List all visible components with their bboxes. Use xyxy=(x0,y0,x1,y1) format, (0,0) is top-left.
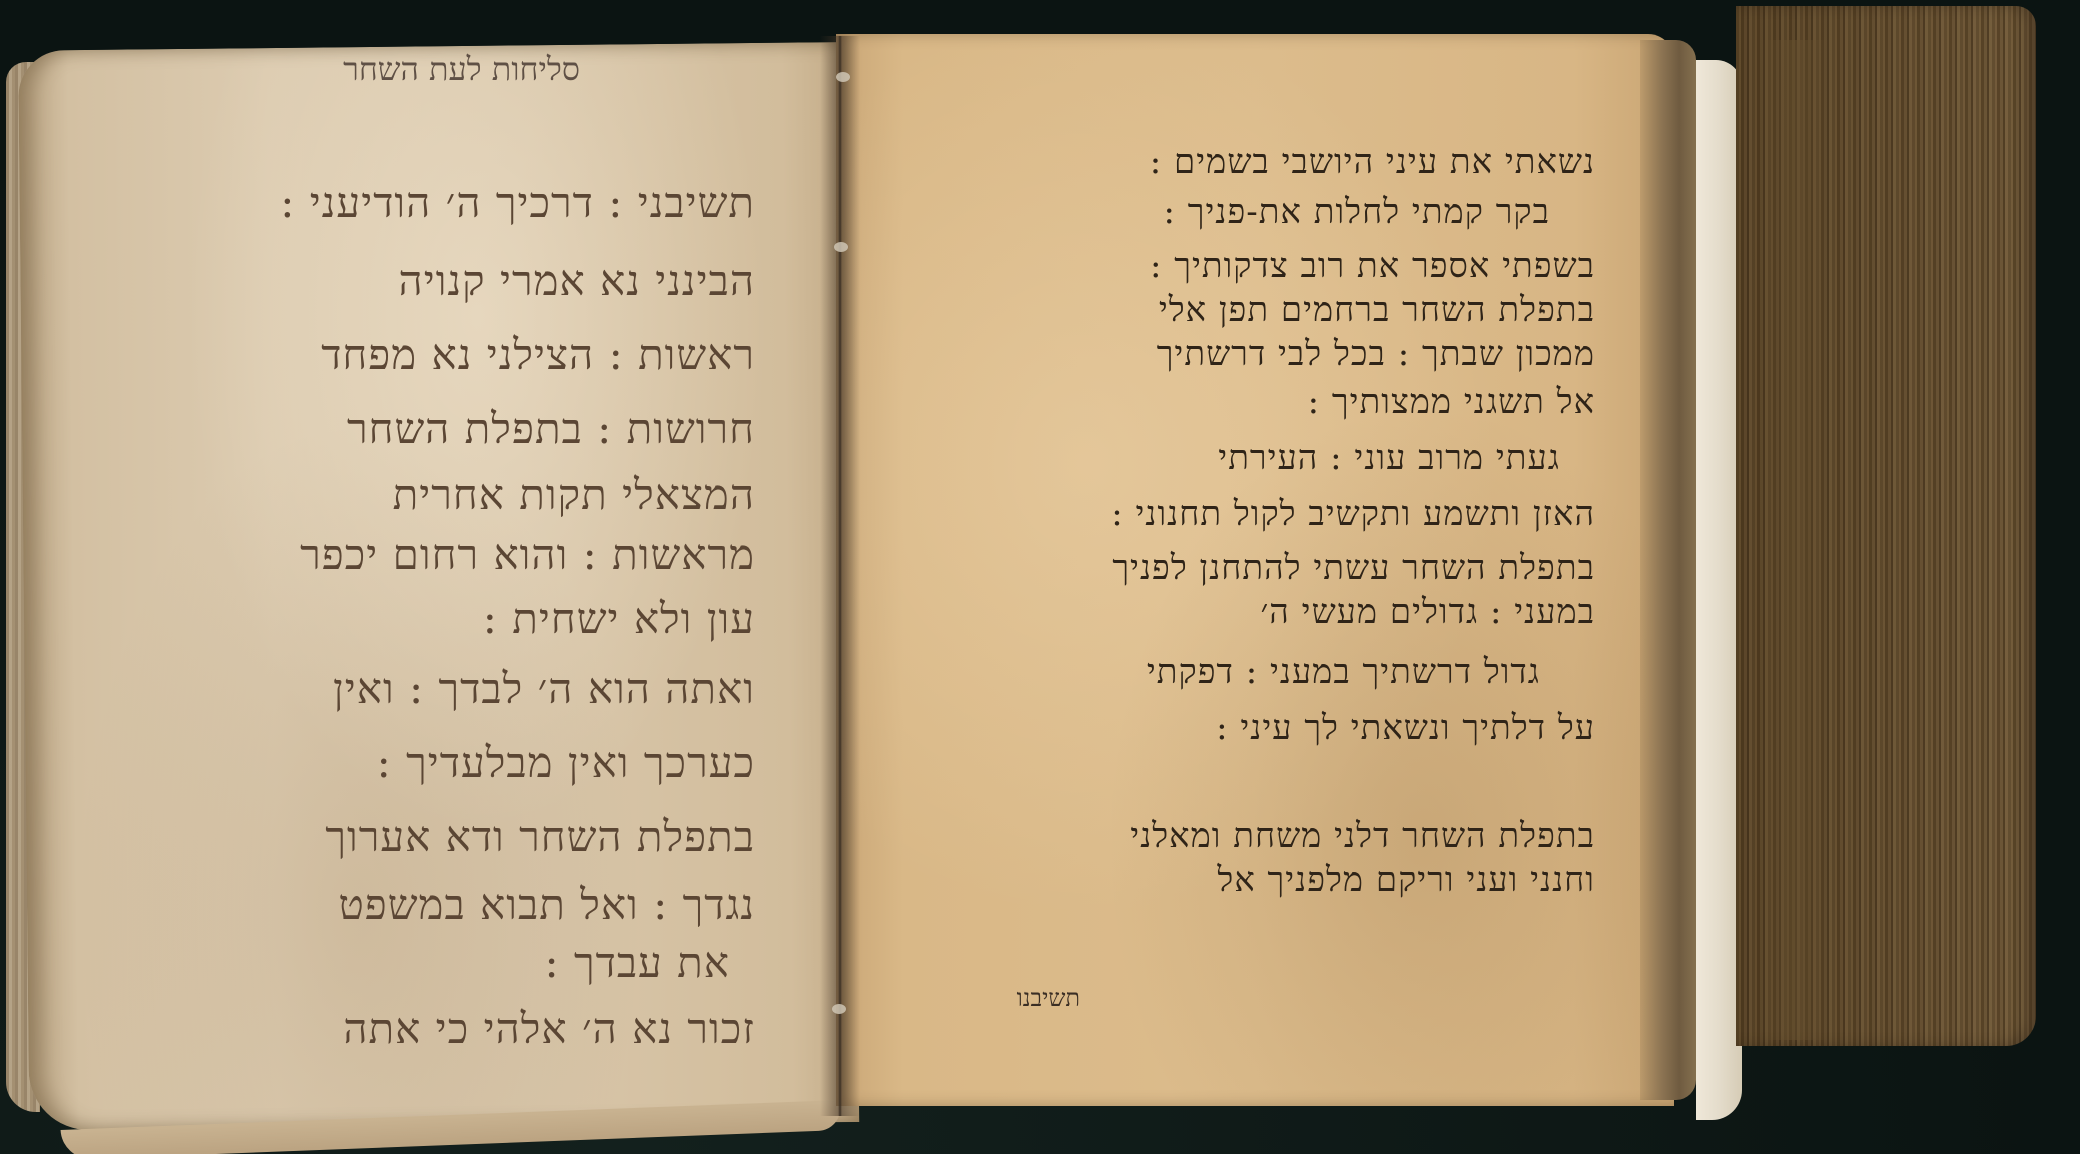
page-header-title: סליחות לעת השחר xyxy=(343,50,580,88)
manuscript-line: גדול דרשתיך במעני : דפקתי xyxy=(1147,652,1540,692)
manuscript-line: בשפתי אספר את רוב צדקותיך : xyxy=(1150,246,1595,286)
manuscript-line: ראשות : הצילני נא מפחד xyxy=(321,330,755,380)
manuscript-line: נשאתי את עיני היושבי בשמים : xyxy=(1150,142,1595,182)
fore-edge-shadow xyxy=(1760,40,1830,1040)
right-page-margin-stain xyxy=(1640,40,1696,1100)
manuscript-line: את עבדך : xyxy=(544,938,730,988)
manuscript-line: בקר קמתי לחלות את-פניך : xyxy=(1164,192,1550,232)
manuscript-line: במעני : גדולים מעשי ה׳ xyxy=(1260,592,1595,632)
binding-stitch xyxy=(836,72,850,82)
manuscript-line: בתפלת השחר ברחמים תפן אלי xyxy=(1159,290,1595,330)
manuscript-line: בתפלת השחר עשתי להתחנן לפניך xyxy=(1112,548,1595,588)
manuscript-line: על דלתיך ונשאתי לך עיני : xyxy=(1216,708,1595,748)
manuscript-line: בתפלת השחר ודא אערוך xyxy=(325,812,755,862)
manuscript-line: וחנני ועני וריקם מלפניך אל xyxy=(1217,860,1595,900)
manuscript-line: געתי מרוב עוני : העירתי xyxy=(1218,438,1560,478)
manuscript-line: כערכך ואין מבלעדיך : xyxy=(377,738,755,788)
book-gutter xyxy=(820,36,860,1116)
binding-stitch xyxy=(834,242,848,252)
manuscript-line: עון ולא ישחית : xyxy=(483,594,755,644)
manuscript-line: תשיבני : דרכיך ה׳ הודיעני : xyxy=(280,178,755,228)
binding-stitch xyxy=(832,1004,846,1014)
manuscript-line: חרושות : בתפלת השחר xyxy=(347,404,755,454)
manuscript-line: הבינני נא אמרי קנויה xyxy=(399,256,755,306)
manuscript-line: האזן ותשמע ותקשיב לקול תחנוני : xyxy=(1111,494,1595,534)
catchword: תשיבנו xyxy=(1017,984,1080,1013)
manuscript-line: ממכון שבתך : בכל לבי דרשתיך xyxy=(1157,334,1595,374)
manuscript-line: המצאלי תקות אחרית xyxy=(393,470,755,520)
manuscript-line: אל תשגני ממצותיך : xyxy=(1308,382,1595,422)
manuscript-line: מראשות : והוא רחום יכפר xyxy=(300,530,755,580)
manuscript-line: נגדך : ואל תבוא במשפט xyxy=(338,880,755,930)
manuscript-line: ואתה הוא ה׳ לבדך : ואין xyxy=(333,664,755,714)
manuscript-line: זכור נא ה׳ אלהי כי אתה xyxy=(343,1004,755,1054)
manuscript-line: בתפלת השחר דלני משחת ומאלני xyxy=(1130,816,1595,856)
